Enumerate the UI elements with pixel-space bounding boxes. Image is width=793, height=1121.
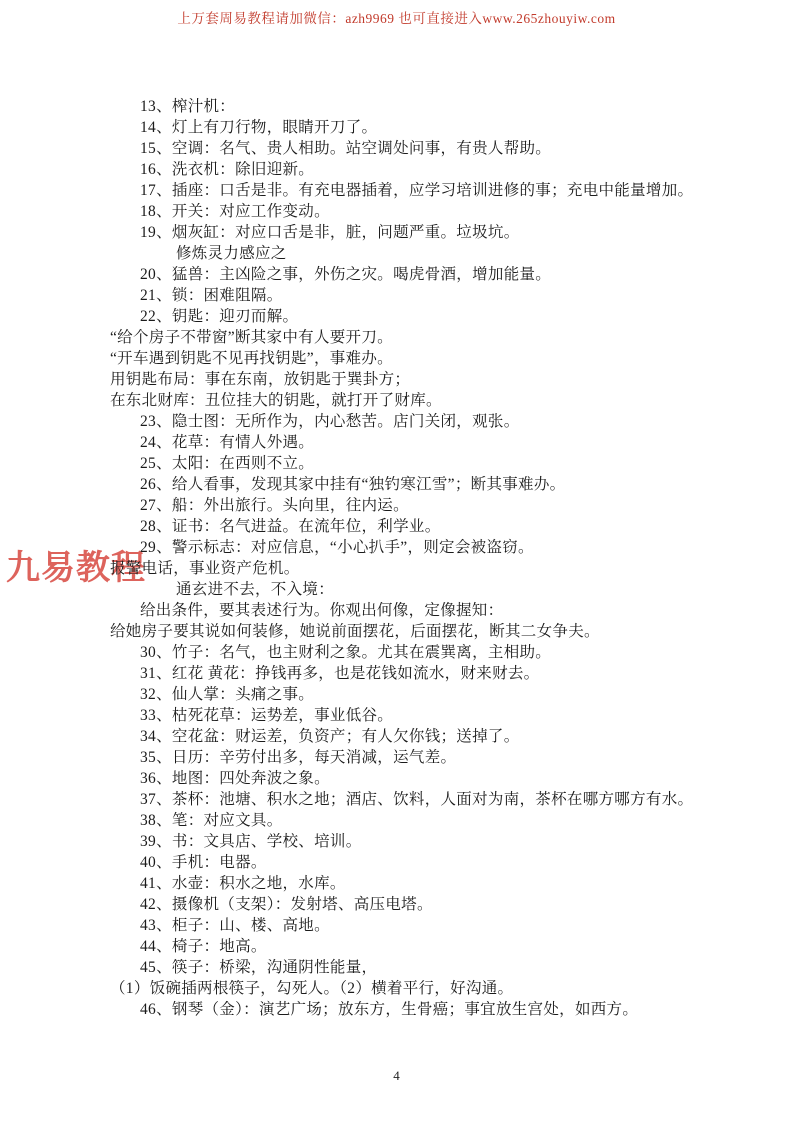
text-line: 29、警示标志：对应信息，“小心扒手”，则定会被盗窃。 (0, 537, 793, 558)
text-line: 13、榨汁机： (0, 96, 793, 117)
page-background: { "page": { "header": { "text": "上万套周易教程… (0, 0, 793, 1121)
text-line: 20、猛兽：主凶险之事，外伤之灾。喝虎骨酒，增加能量。 (0, 264, 793, 285)
text-line: 40、手机：电器。 (0, 852, 793, 873)
text-line: 30、竹子：名气，也主财利之象。尤其在震巽离，主相助。 (0, 642, 793, 663)
text-line: 26、给人看事，发现其家中挂有“独钓寒江雪”；断其事难办。 (0, 474, 793, 495)
text-line: 33、枯死花草：运势差，事业低谷。 (0, 705, 793, 726)
text-line: 34、空花盆：财运差，负资产；有人欠你钱；送掉了。 (0, 726, 793, 747)
text-line: 46、钢琴（金）：演艺广场；放东方，生骨癌；事宜放生宫处，如西方。 (0, 999, 793, 1020)
document-body: 13、榨汁机：14、灯上有刀行物，眼睛开刀了。15、空调：名气、贵人相助。站空调… (0, 96, 793, 1020)
text-line: 18、开关：对应工作变动。 (0, 201, 793, 222)
text-line: 32、仙人掌：头痛之事。 (0, 684, 793, 705)
text-line: 在东北财库：丑位挂大的钥匙，就打开了财库。 (0, 390, 793, 411)
text-line: （1）饭碗插两根筷子，勾死人。（2）横着平行，好沟通。 (0, 978, 793, 999)
text-line: 38、笔：对应文具。 (0, 810, 793, 831)
text-line: 45、筷子：桥梁，沟通阴性能量， (0, 957, 793, 978)
text-line: 24、花草：有情人外遇。 (0, 432, 793, 453)
text-line: 19、烟灰缸：对应口舌是非，脏，问题严重。垃圾坑。 (0, 222, 793, 243)
text-line: “给个房子不带窗”断其家中有人要开刀。 (0, 327, 793, 348)
text-line: 通玄进不去，不入境： (0, 579, 793, 600)
text-line: 修炼灵力感应之 (0, 243, 793, 264)
text-line: 37、茶杯：池塘、积水之地；酒店、饮料，人面对为南，茶杯在哪方哪方有水。 (0, 789, 793, 810)
text-line: 25、太阳：在西则不立。 (0, 453, 793, 474)
document-page: 上万套周易教程请加微信：azh9969 也可直接进入www.265zhouyiw… (0, 0, 793, 1121)
text-line: 27、船：外出旅行。头向里，往内运。 (0, 495, 793, 516)
text-line: 给她房子要其说如何装修，她说前面摆花，后面摆花，断其二女争夫。 (0, 621, 793, 642)
text-line: “开车遇到钥匙不见再找钥匙”，事难办。 (0, 348, 793, 369)
text-line: 17、插座：口舌是非。有充电器插着，应学习培训进修的事；充电中能量增加。 (0, 180, 793, 201)
text-line: 16、洗衣机：除旧迎新。 (0, 159, 793, 180)
header-promo-text: 上万套周易教程请加微信：azh9969 也可直接进入www.265zhouyiw… (0, 7, 793, 27)
text-line: 42、摄像机（支架）：发射塔、高压电塔。 (0, 894, 793, 915)
text-line: 15、空调：名气、贵人相助。站空调处问事，有贵人帮助。 (0, 138, 793, 159)
text-line: 36、地图：四处奔波之象。 (0, 768, 793, 789)
text-line: 35、日历：辛劳付出多，每天消减，运气差。 (0, 747, 793, 768)
text-line: 21、锁：困难阻隔。 (0, 285, 793, 306)
text-line: 28、证书：名气进益。在流年位，利学业。 (0, 516, 793, 537)
text-line: 给出条件，要其表述行为。你观出何像，定像握知： (0, 600, 793, 621)
text-line: 14、灯上有刀行物，眼睛开刀了。 (0, 117, 793, 138)
text-line: 41、水壶：积水之地，水库。 (0, 873, 793, 894)
text-line: 44、椅子：地高。 (0, 936, 793, 957)
text-line: 43、柜子：山、楼、高地。 (0, 915, 793, 936)
text-line: 23、隐士图：无所作为，内心愁苦。店门关闭，观张。 (0, 411, 793, 432)
text-line: 报警电话，事业资产危机。 (0, 558, 793, 579)
text-line: 22、钥匙：迎刃而解。 (0, 306, 793, 327)
text-line: 31、红花 黄花：挣钱再多，也是花钱如流水，财来财去。 (0, 663, 793, 684)
text-line: 用钥匙布局：事在东南，放钥匙于巽卦方； (0, 369, 793, 390)
text-line: 39、书：文具店、学校、培训。 (0, 831, 793, 852)
page-number: 4 (0, 1068, 793, 1084)
